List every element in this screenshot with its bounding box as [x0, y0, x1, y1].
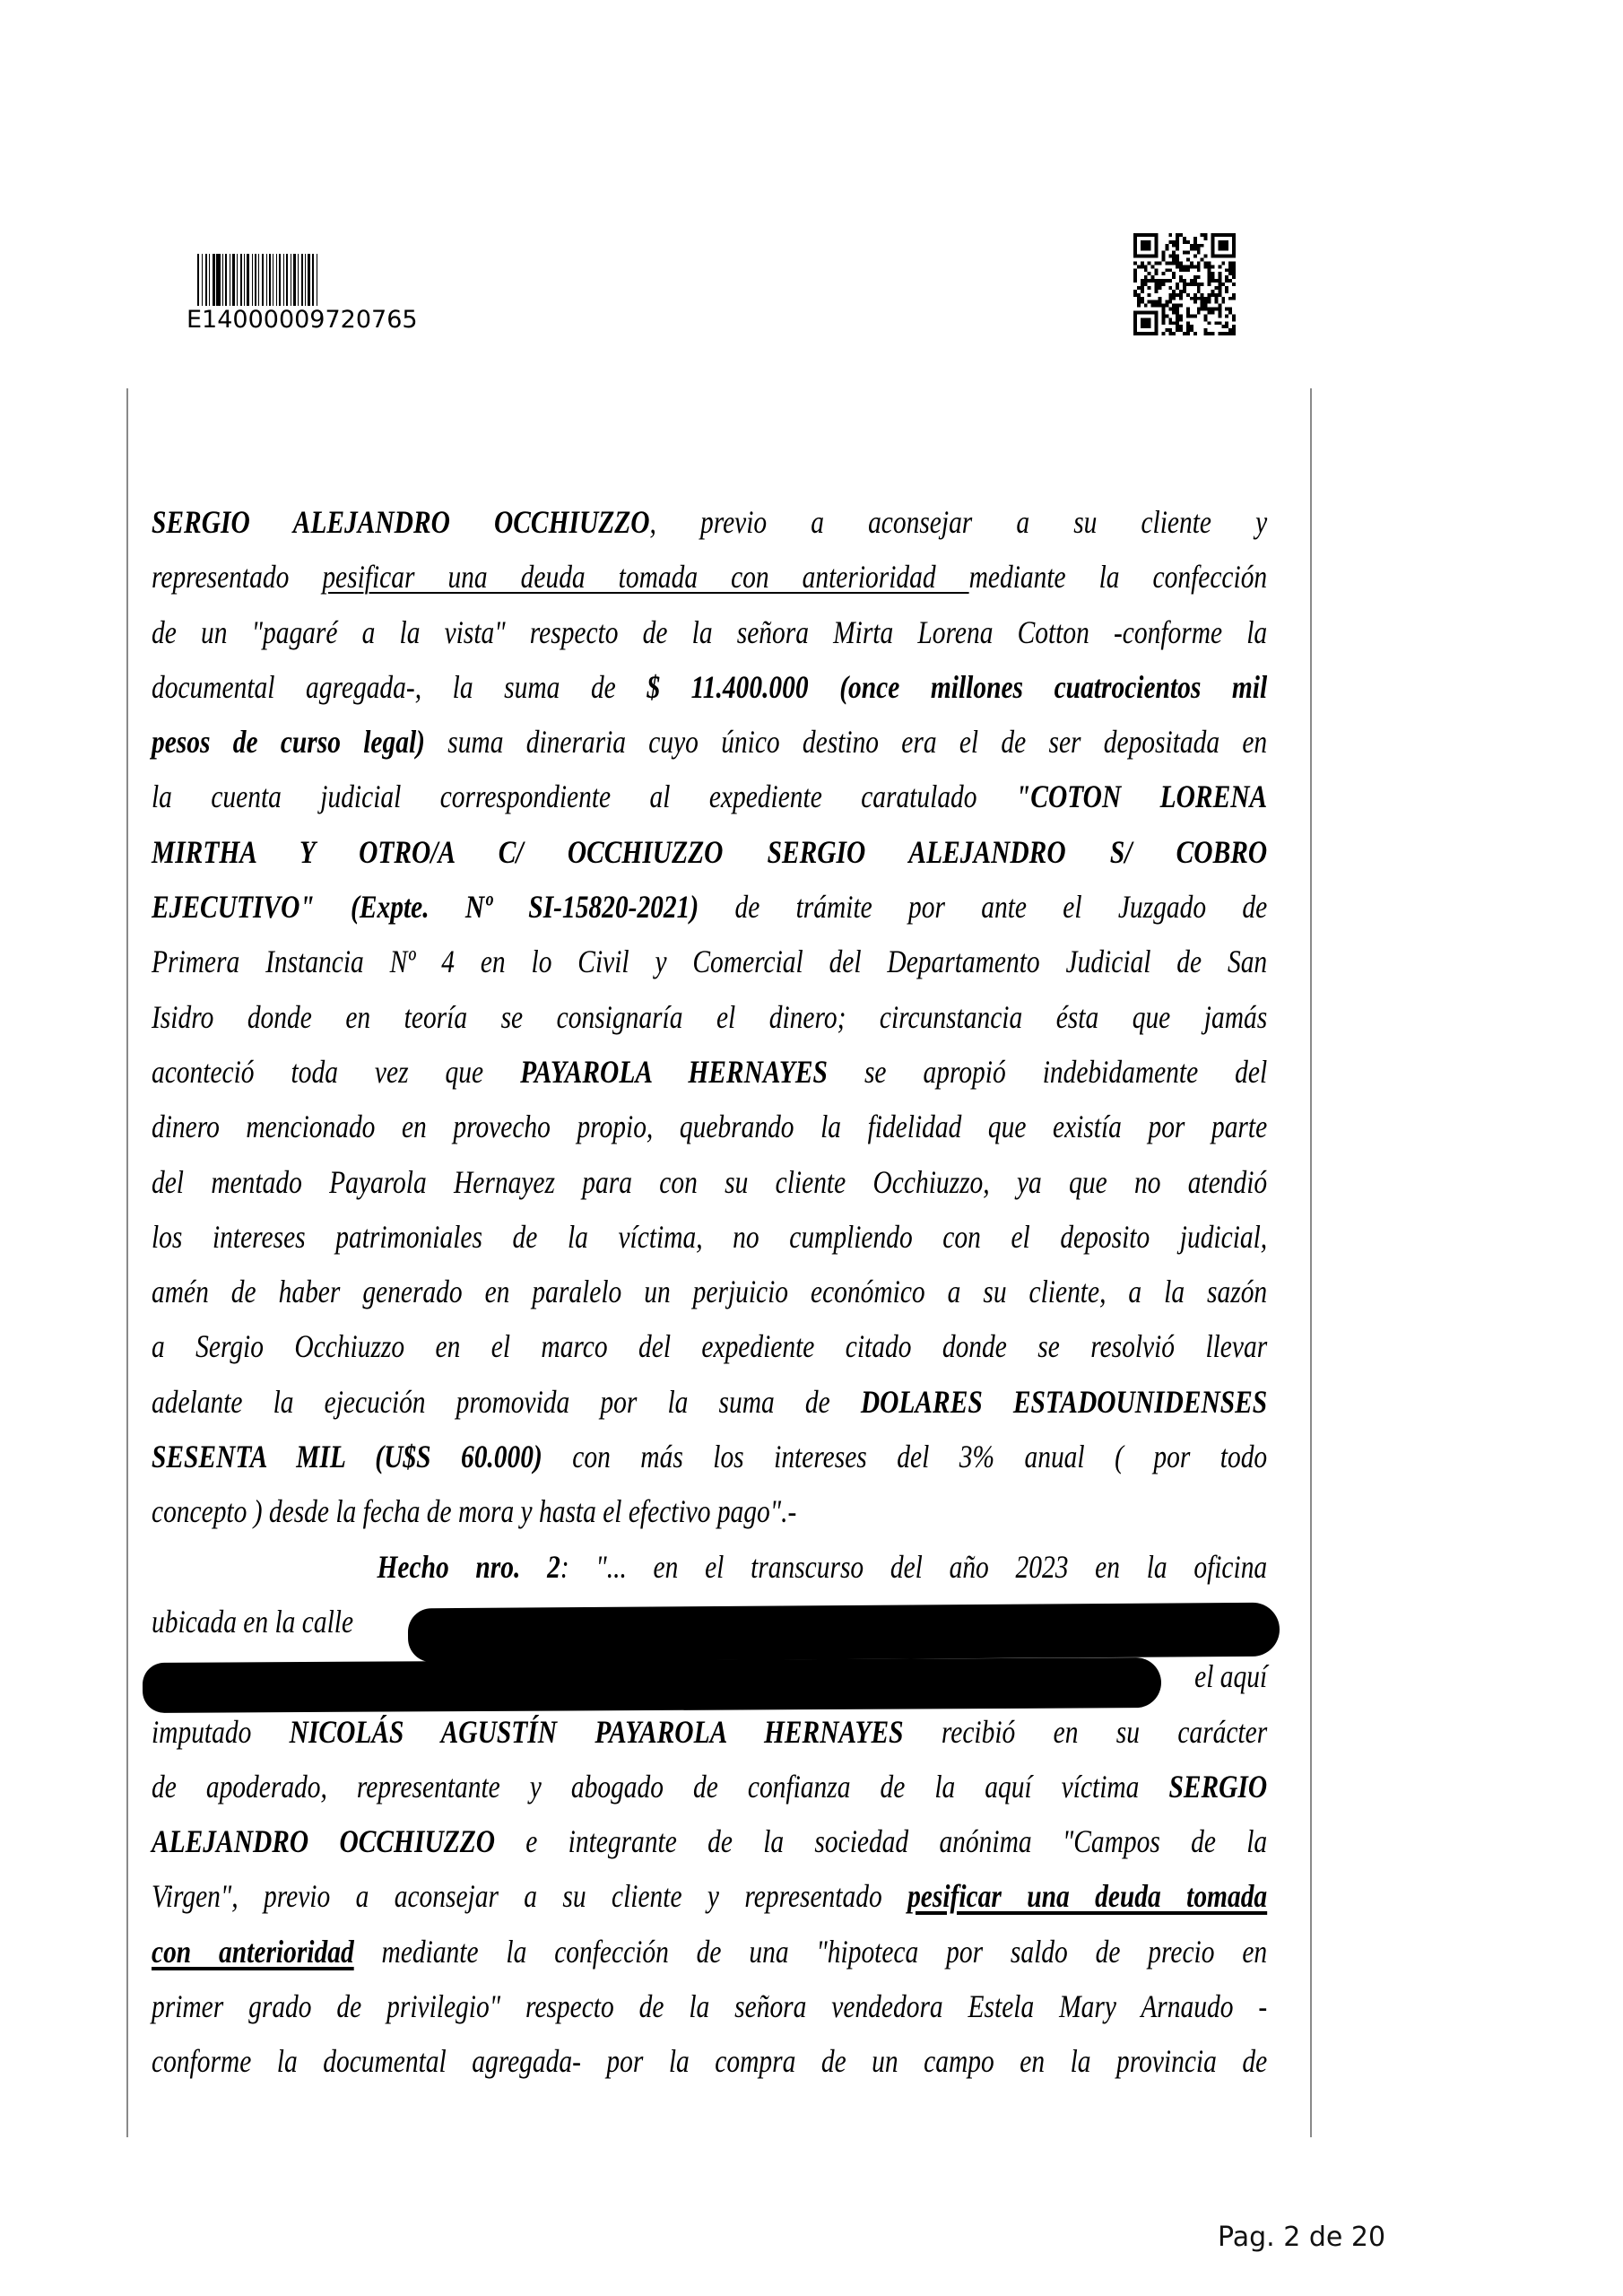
text-run: primer grado de privilegio" respecto de …: [152, 1988, 1267, 2024]
text-run: e integrante de la sociedad anónima "Cam…: [495, 1823, 1267, 1859]
text-run: ubicada en la calle: [152, 1604, 353, 1639]
text-run: amén de haber generado en paralelo un pe…: [152, 1274, 1267, 1309]
bold-text: con anterioridad: [152, 1934, 354, 1970]
bold-text: pesificar una deuda tomada: [907, 1878, 1267, 1914]
text-run: documental agregada-, la suma de: [152, 669, 647, 705]
text-line: a Sergio Occhiuzzo en el marco del exped…: [152, 1319, 1267, 1374]
text-run: la cuenta judicial correspondiente al ex…: [152, 778, 1016, 814]
text-line: la cuenta judicial correspondiente al ex…: [152, 770, 1267, 824]
text-run: de apoderado, representante y abogado de…: [152, 1769, 1168, 1805]
text-line: pesos de curso legal) suma dineraria cuy…: [152, 715, 1267, 770]
text-line: Virgen", previo a aconsejar a su cliente…: [152, 1869, 1267, 1924]
redacted-address-line-1: [408, 1603, 1280, 1663]
text-run: aconteció toda vez que: [152, 1054, 520, 1090]
bold-text: PAYAROLA HERNAYES: [520, 1054, 828, 1090]
text-run: representado: [152, 559, 322, 595]
text-line: SERGIO ALEJANDRO OCCHIUZZO, previo a aco…: [152, 495, 1267, 550]
text-line: MIRTHA Y OTRO/A C/ OCCHIUZZO SERGIO ALEJ…: [152, 825, 1267, 880]
text-run: Virgen", previo a aconsejar a su cliente…: [152, 1878, 907, 1914]
text-line: conforme la documental agregada- por la …: [152, 2034, 1267, 2089]
barcode-number: E14000009720765: [187, 307, 411, 334]
text-line: EJECUTIVO" (Expte. Nº SI-15820-2021) de …: [152, 880, 1267, 935]
text-line: representado pesificar una deuda tomada …: [152, 550, 1267, 604]
text-line: adelante la ejecución promovida por la s…: [152, 1375, 1267, 1430]
text-line: Hecho nro. 2: "... en el transcurso del …: [152, 1540, 1267, 1595]
text-line: de apoderado, representante y abogado de…: [152, 1760, 1267, 1814]
text-run: adelante la ejecución promovida por la s…: [152, 1384, 861, 1420]
text-run: conforme la documental agregada- por la …: [152, 2043, 1267, 2079]
text-line: con anterioridad mediante la confección …: [152, 1925, 1267, 1979]
text-line: Primera Instancia Nº 4 en lo Civil y Com…: [152, 935, 1267, 989]
text-line: los intereses patrimoniales de la víctim…: [152, 1210, 1267, 1265]
text-run: de trámite por ante el Juzgado de: [699, 889, 1267, 925]
text-run: recibió en su carácter: [904, 1714, 1268, 1750]
page-number: Pag. 2 de 20: [1218, 2222, 1385, 2254]
text-line: amén de haber generado en paralelo un pe…: [152, 1265, 1267, 1319]
barcode-icon: [197, 254, 399, 306]
bold-text: pesos de curso legal): [152, 724, 425, 760]
right-margin-line: [1310, 388, 1312, 2137]
text-run: Isidro donde en teoría se consignaría el…: [152, 999, 1267, 1035]
text-run: mediante la confección de una "hipoteca …: [354, 1934, 1267, 1970]
text-line: ALEJANDRO OCCHIUZZO e integrante de la s…: [152, 1814, 1267, 1869]
bold-text: SESENTA MIL (U$S 60.000): [152, 1439, 542, 1474]
text-run: concepto ) desde la fecha de mora y hast…: [152, 1493, 796, 1529]
left-margin-line: [126, 388, 128, 2137]
text-run: Primera Instancia Nº 4 en lo Civil y Com…: [152, 944, 1267, 979]
bold-text: Hecho nro. 2: [377, 1549, 560, 1585]
redacted-address-line-2: [143, 1657, 1161, 1713]
text-run: pesificar una deuda tomada con anteriori…: [322, 559, 968, 595]
bold-text: $ 11.400.000 (once millones cuatrociento…: [647, 669, 1267, 705]
text-run: el aquí: [1194, 1658, 1267, 1694]
text-run: mediante la confección: [969, 559, 1268, 595]
text-run: los intereses patrimoniales de la víctim…: [152, 1219, 1267, 1255]
text-run: imputado: [152, 1714, 290, 1750]
text-line: concepto ) desde la fecha de mora y hast…: [152, 1484, 1267, 1539]
text-line: imputado NICOLÁS AGUSTÍN PAYAROLA HERNAY…: [152, 1705, 1267, 1760]
text-run: suma dineraria cuyo único destino era el…: [425, 724, 1267, 760]
bold-text: MIRTHA Y OTRO/A C/ OCCHIUZZO SERGIO ALEJ…: [152, 834, 1267, 870]
bold-text: DOLARES ESTADOUNIDENSES: [861, 1384, 1267, 1420]
bold-text: "COTON LORENA: [1016, 778, 1267, 814]
text-run: con más los intereses del 3% anual ( por…: [542, 1439, 1267, 1474]
text-run: : "... en el transcurso del año 2023 en …: [560, 1549, 1267, 1585]
text-line: Isidro donde en teoría se consignaría el…: [152, 990, 1267, 1045]
document-barcode: E14000009720765: [187, 254, 411, 334]
text-line: del mentado Payarola Hernayez para con s…: [152, 1155, 1267, 1210]
text-line: aconteció toda vez que PAYAROLA HERNAYES…: [152, 1045, 1267, 1100]
text-run: a Sergio Occhiuzzo en el marco del exped…: [152, 1328, 1267, 1364]
qr-code-icon: [1133, 233, 1236, 335]
bold-text: NICOLÁS AGUSTÍN PAYAROLA HERNAYES: [290, 1714, 904, 1750]
text-run: del mentado Payarola Hernayez para con s…: [152, 1164, 1267, 1200]
text-line: documental agregada-, la suma de $ 11.40…: [152, 660, 1267, 715]
text-run: se apropió indebidamente del: [828, 1054, 1267, 1090]
text-line: SESENTA MIL (U$S 60.000) con más los int…: [152, 1430, 1267, 1484]
bold-text: SERGIO ALEJANDRO OCCHIUZZO: [152, 504, 650, 540]
text-line: dinero mencionado en provecho propio, qu…: [152, 1100, 1267, 1154]
bold-text: EJECUTIVO" (Expte. Nº SI-15820-2021): [152, 889, 699, 925]
text-line: de un "pagaré a la vista" respecto de la…: [152, 605, 1267, 660]
bold-text: SERGIO: [1168, 1769, 1267, 1805]
text-run: , previo a aconsejar a su cliente y: [650, 504, 1268, 540]
text-run: dinero mencionado en provecho propio, qu…: [152, 1109, 1267, 1144]
text-run: de un "pagaré a la vista" respecto de la…: [152, 614, 1267, 650]
document-body: SERGIO ALEJANDRO OCCHIUZZO, previo a aco…: [152, 495, 1267, 2090]
bold-text: ALEJANDRO OCCHIUZZO: [152, 1823, 495, 1859]
text-line: primer grado de privilegio" respecto de …: [152, 1979, 1267, 2034]
